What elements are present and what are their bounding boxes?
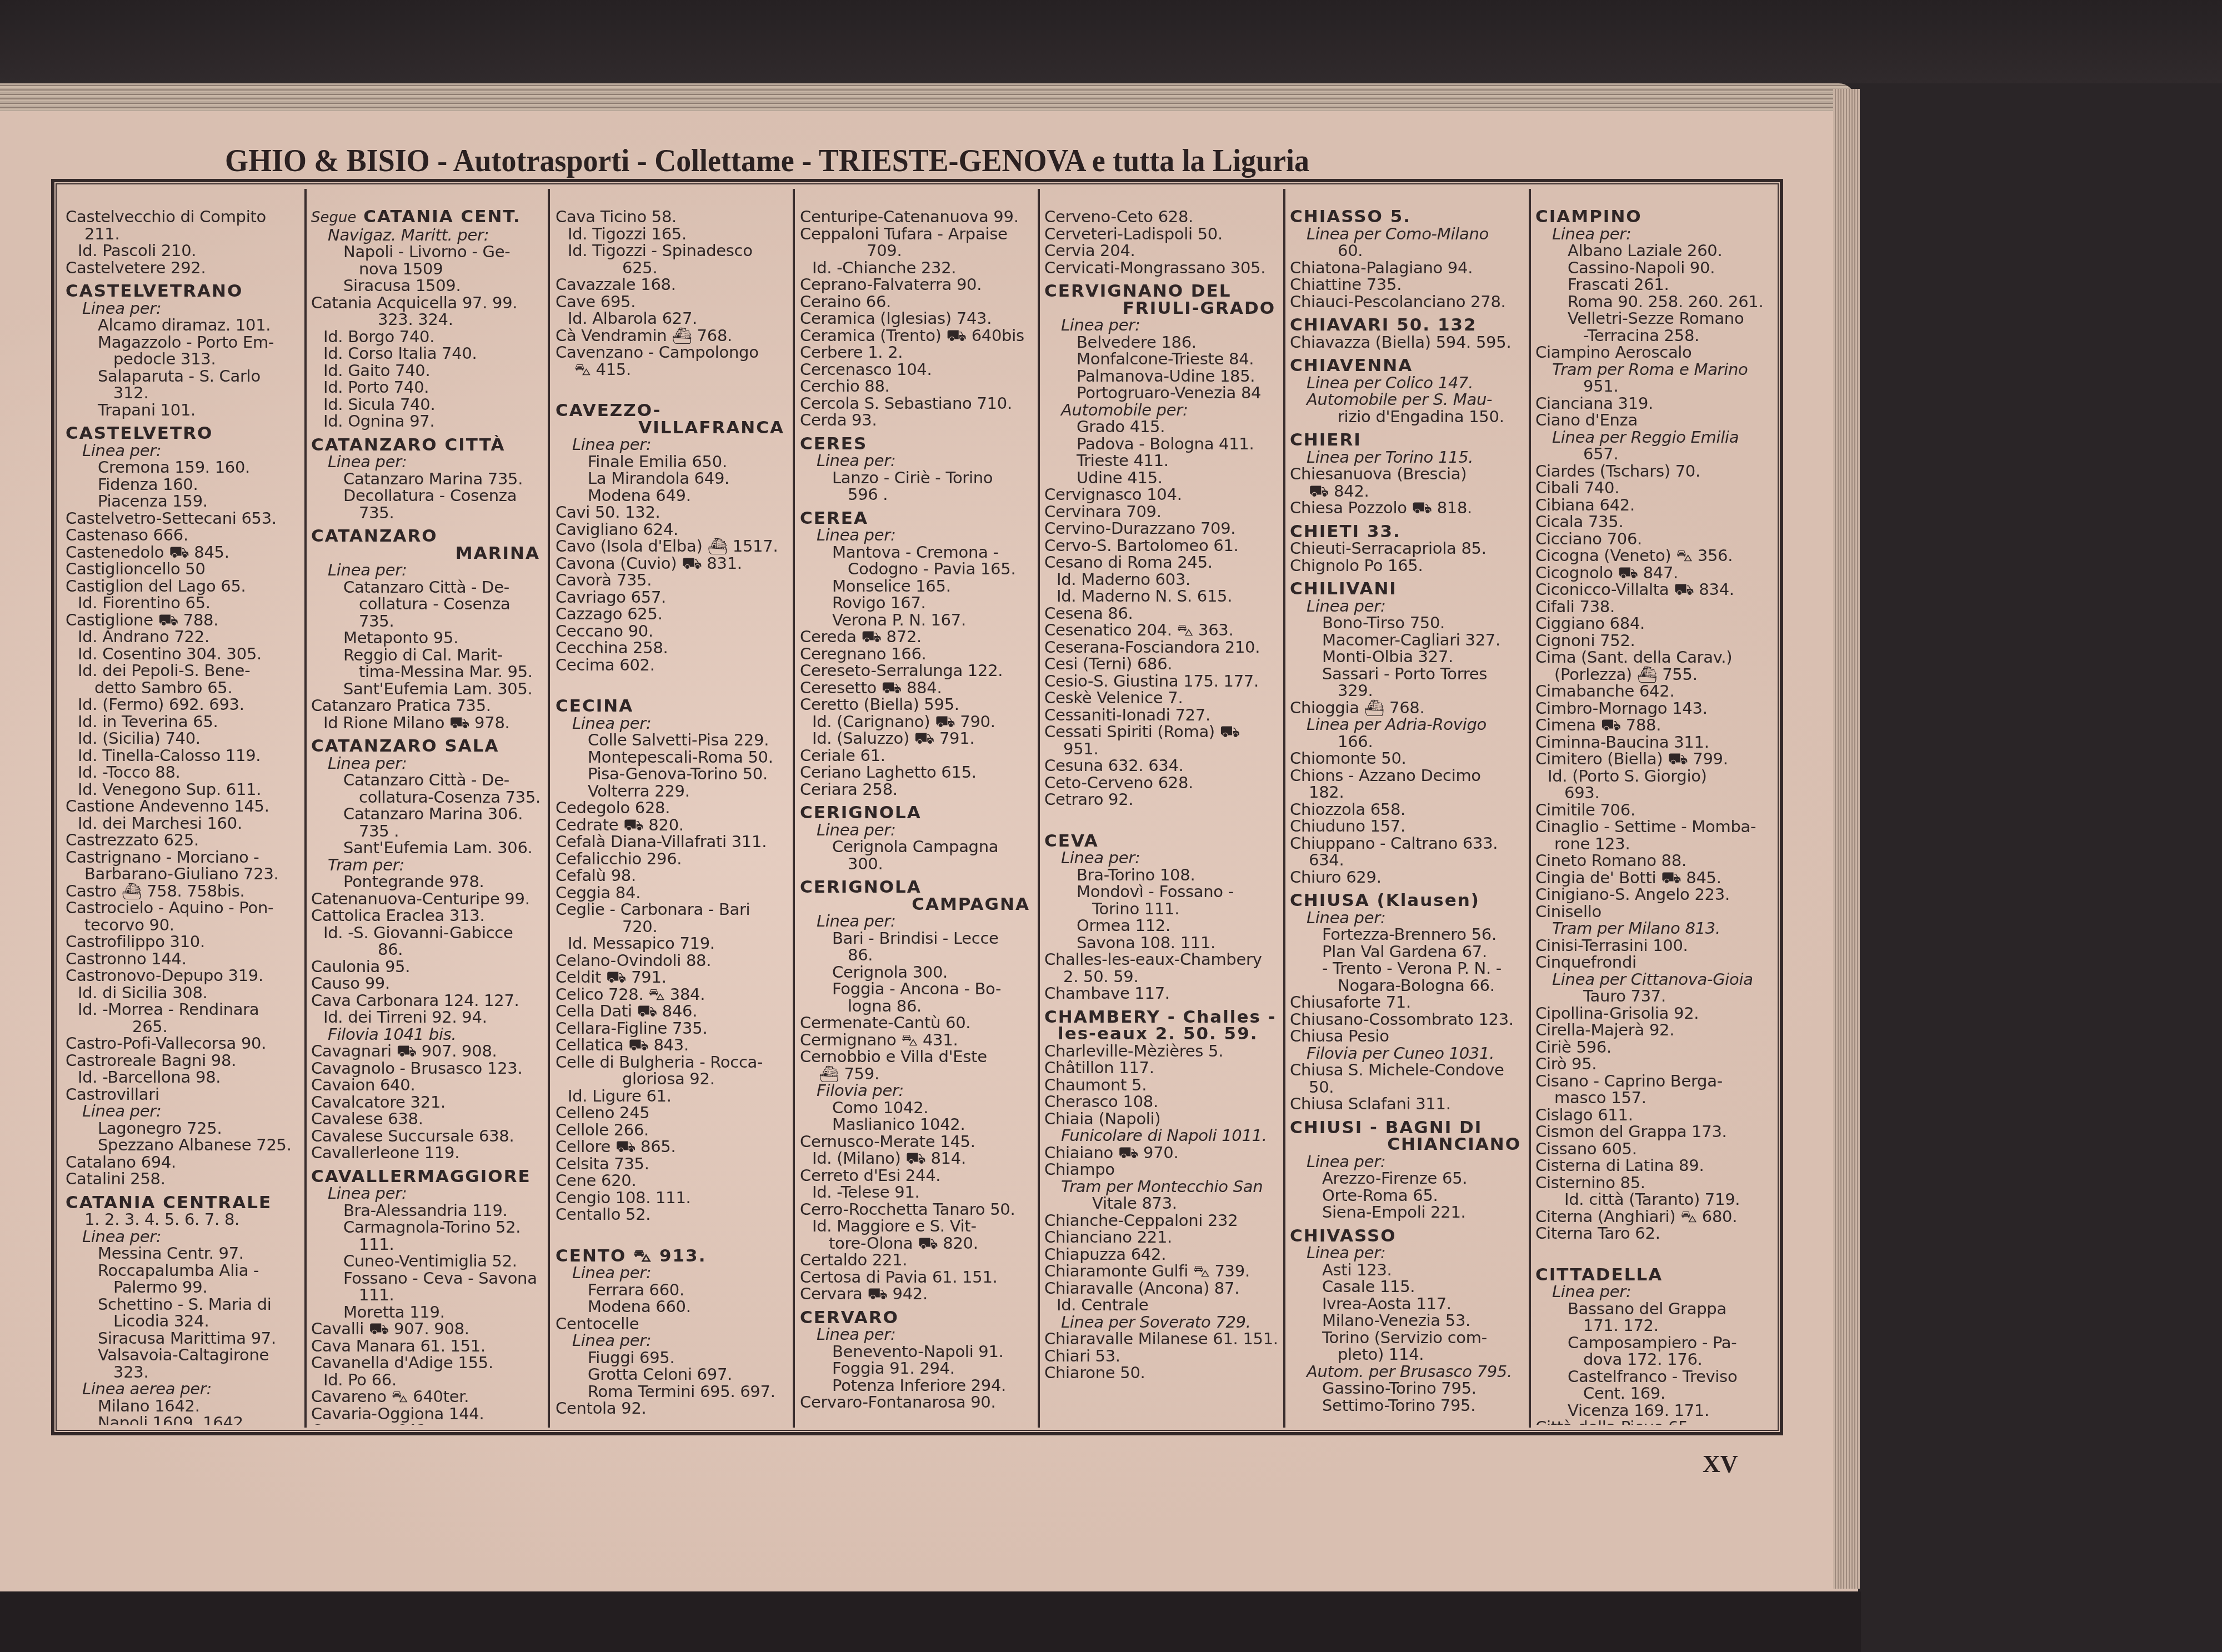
index-entry: Cavriago 657. — [555, 589, 790, 606]
index-entry: Cuneo-Ventimiglia 52. — [311, 1253, 546, 1270]
entry-text: Ceriale 61. — [800, 746, 885, 765]
index-entry: Cremona 159. 160. — [66, 459, 302, 476]
index-entry: Lanzo - Ciriè - Torino — [800, 469, 1035, 487]
index-entry: Cattolica Eraclea 313. — [311, 907, 546, 924]
index-entry: Id. (Carignano) ⛟ 790. — [800, 713, 1035, 730]
entry-text: Ceprano-Falvaterra 90. — [800, 275, 982, 294]
entry-text: Linea per Cittanova-Gioia — [1552, 970, 1753, 989]
index-entry: Cavallerleone 119. — [311, 1144, 546, 1162]
index-entry: Barbarano-Giuliano 723. — [66, 865, 302, 883]
entry-text: Celico 728. ⛍ 384. — [555, 985, 705, 1004]
entry-text: Automobile per: — [1061, 401, 1188, 419]
entry-text: Arezzo-Firenze 65. — [1322, 1169, 1467, 1188]
index-entry: Cavanella d'Adige 155. — [311, 1354, 546, 1371]
entry-text: Id. Gaito 740. — [323, 361, 430, 380]
index-entry: Bra-Torino 108. — [1044, 867, 1281, 884]
index-entry: Cessaniti-Ionadi 727. — [1044, 707, 1281, 724]
index-entry: Ceriale 61. — [800, 747, 1035, 764]
entry-text: Linea per Soverato 729. — [1061, 1313, 1251, 1331]
entry-text: Catanzaro Città - De- — [343, 578, 509, 597]
index-entry: Id. -S. Giovanni-Gabicce — [311, 924, 546, 942]
entry-text: Colle Salvetti-Pisa 229. — [588, 730, 769, 749]
line-type-label: Navigaz. Maritt. per: — [311, 227, 546, 244]
entry-text: Cavaion 640. — [311, 1075, 415, 1094]
index-entry: nova 1509 — [311, 261, 546, 278]
entry-text: Id. Borgo 740. — [323, 327, 434, 346]
index-entry: Celdit ⛟ 791. — [555, 969, 790, 986]
entry-text: Cipollina-Grisolia 92. — [1535, 1004, 1699, 1023]
entry-text: Celdit ⛟ 791. — [555, 968, 667, 987]
index-entry: Cavalli ⛟ 907. 908. — [311, 1320, 546, 1338]
index-entry: Siracusa 1509. — [311, 277, 546, 294]
index-entry: 735. — [311, 504, 546, 522]
index-entry: Padova - Bologna 411. — [1044, 435, 1281, 453]
entry-text: Cerbere 1. 2. — [800, 343, 903, 362]
entry-text: Id. (Carignano) ⛟ 790. — [812, 712, 995, 731]
section-heading: Segue CATANIA CENT. — [311, 208, 546, 227]
entry-text: 211. — [84, 224, 119, 243]
index-entry: Modena 660. — [555, 1298, 790, 1315]
index-entry: tima-Messina Mar. 95. — [311, 663, 546, 680]
entry-text: Linea per: — [1307, 908, 1385, 927]
section-heading: CATANIA CENTRALE — [66, 1194, 302, 1212]
entry-text: Portogruaro-Venezia 84 — [1077, 383, 1261, 402]
index-entry: Metaponto 95. — [311, 629, 546, 647]
entry-text: Linea per Reggio Emilia — [1552, 428, 1739, 447]
entry-text: 312. — [113, 383, 148, 402]
entry-text: Linea per Adria-Rovigo — [1307, 715, 1487, 734]
section-heading: CERVARO — [800, 1309, 1035, 1326]
entry-text: Pontegrande 978. — [343, 872, 484, 891]
entry-text: Fiuggi 695. — [588, 1348, 674, 1367]
entry-text: Castiglioncello 50 — [66, 559, 206, 578]
index-entry: Monselice 165. — [800, 578, 1035, 595]
index-entry: Ciano d'Enza — [1535, 412, 1780, 429]
index-entry: Cavarzere 643. — [311, 1422, 546, 1425]
entry-text: tecorvo 90. — [84, 915, 174, 934]
entry-text: Cava Carbonara 124. 127. — [311, 991, 519, 1010]
entry-text: Cervinara 709. — [1044, 502, 1162, 521]
entry-text: Napoli - Livorno - Ge- — [343, 242, 510, 261]
index-entry: Id. Ognina 97. — [311, 413, 546, 430]
index-entry: Id. Sicula 740. — [311, 396, 546, 413]
index-entry: Castelfranco - Treviso — [1535, 1368, 1780, 1385]
index-entry: Cefalicchio 296. — [555, 850, 790, 868]
line-type-label: Tram per: — [311, 857, 546, 874]
entry-text: Id. dei Marchesi 160. — [78, 814, 242, 833]
index-entry: Mondovì - Fossano - — [1044, 883, 1281, 900]
entry-text: Cella Dati ⛟ 846. — [555, 1002, 697, 1020]
index-entry: tecorvo 90. — [66, 917, 302, 934]
index-entry: Modena 649. — [555, 487, 790, 504]
index-entry: Id. Messapico 719. — [555, 935, 790, 952]
index-entry: Id. (Sicilia) 740. — [66, 730, 302, 747]
index-entry: Reggio di Cal. Marit- — [311, 647, 546, 664]
index-entry: Trieste 411. — [1044, 452, 1281, 469]
entry-text: CAMPAGNA — [912, 894, 1030, 914]
entry-text: 951. — [1063, 739, 1098, 758]
entry-text: Linea per: — [817, 451, 895, 470]
index-entry: ⛍ 415. — [555, 361, 790, 378]
entry-text: Cinquefrondi — [1535, 953, 1637, 972]
index-entry: Id. Borgo 740. — [311, 328, 546, 346]
entry-text: 951. — [1583, 377, 1618, 396]
line-type-label: Linea per Reggio Emilia — [1535, 429, 1780, 446]
index-entry: Chiozzola 658. — [1290, 801, 1527, 818]
line-type-label: Linea per: — [1290, 1244, 1527, 1261]
index-entry: Ceppaloni Tufara - Arpaise — [800, 226, 1035, 243]
entry-text: Chiusa S. Michele-Condove — [1290, 1060, 1504, 1079]
entry-text: Cave 695. — [555, 292, 635, 311]
index-entry: Challes-les-eaux-Chambery — [1044, 951, 1281, 968]
index-entry: Cibiana 642. — [1535, 497, 1780, 514]
index-entry: Ciriè 596. — [1535, 1039, 1780, 1056]
index-entry: (Porlezza) ⛴ 755. — [1535, 666, 1780, 683]
index-entry: Centallo 52. — [555, 1206, 790, 1223]
entry-text: 171. 172. — [1583, 1316, 1659, 1335]
section-heading: CEVA — [1044, 833, 1281, 850]
index-entry: Cesuna 632. 634. — [1044, 757, 1281, 774]
index-entry: Certosa di Pavia 61. 151. — [800, 1269, 1035, 1286]
index-entry: 86. — [800, 947, 1035, 964]
entry-text: Bono-Tirso 750. — [1322, 613, 1445, 632]
entry-text: CERIGNOLA — [800, 877, 922, 897]
entry-text: Roma Termini 695. 697. — [588, 1382, 775, 1401]
entry-text: Cellara-Figline 735. — [555, 1019, 707, 1038]
index-entry: Cavo (Isola d'Elba) ⛴ 1517. — [555, 538, 790, 555]
entry-text: Chiuro 629. — [1290, 868, 1382, 887]
entry-text: Cercola S. Sebastiano 710. — [800, 394, 1012, 413]
line-type-label: Linea per: — [1044, 317, 1281, 334]
entry-text: Catanzaro Pratica 735. — [311, 696, 491, 715]
entry-text: Roma 90. 258. 260. 261. — [1568, 292, 1763, 311]
index-entry: Piacenza 159. — [66, 493, 302, 510]
entry-text: Bra-Alessandria 119. — [343, 1201, 507, 1220]
entry-text: Cazzago 625. — [555, 604, 663, 623]
index-entry: Id. Tigozzi - Spinadesco — [555, 242, 790, 259]
entry-text: Ceggia 84. — [555, 883, 640, 902]
index-entry: Cazzago 625. — [555, 605, 790, 623]
entry-text: Id. -Tocco 88. — [78, 763, 181, 782]
section-heading: CAVALLERMAGGIORE — [311, 1168, 546, 1185]
index-entry: Monfalcone-Trieste 84. — [1044, 351, 1281, 368]
line-type-label: Automobile per: — [1044, 402, 1281, 419]
index-entry: Cercenasco 104. — [800, 361, 1035, 378]
line-type-label: Linea per: — [1290, 1153, 1527, 1170]
index-entry: rizio d'Engadina 150. — [1290, 408, 1527, 425]
index-entry: Carmagnola-Torino 52. — [311, 1219, 546, 1236]
entry-text: Chiuppano - Caltrano 633. — [1290, 834, 1498, 853]
index-entry: Ceresetto ⛟ 884. — [800, 679, 1035, 697]
index-entry: - Trento - Verona P. N. - — [1290, 960, 1527, 977]
entry-text: Ciconicco-Villalta ⛟ 834. — [1535, 580, 1734, 599]
entry-text: Siracusa 1509. — [343, 276, 461, 295]
line-type-label: Linea per: — [555, 1332, 790, 1349]
index-entry: Fortezza-Brennero 56. — [1290, 926, 1527, 943]
entry-text: 596 . — [848, 485, 888, 504]
index-entry: Cingia de' Botti ⛟ 845. — [1535, 869, 1780, 887]
entry-text: Cervo-S. Bartolomeo 61. — [1044, 536, 1239, 555]
entry-text: Castronno 144. — [66, 949, 187, 968]
index-entry: Celleno 245 — [555, 1104, 790, 1122]
index-entry: Cisterna di Latina 89. — [1535, 1157, 1780, 1174]
index-entry: Cirò 95. — [1535, 1055, 1780, 1073]
index-entry: masco 157. — [1535, 1089, 1780, 1107]
index-entry: 693. — [1535, 784, 1780, 802]
entry-text: Cesio-S. Giustina 175. 177. — [1044, 672, 1259, 690]
entry-text: Spezzano Albanese 725. — [98, 1135, 292, 1154]
index-entry: Id. Centrale — [1044, 1296, 1281, 1314]
line-type-label: Automobile per S. Mau- — [1290, 391, 1527, 408]
section-heading: CITTADELLA — [1535, 1266, 1780, 1284]
index-entry: Celano-Ovindoli 88. — [555, 952, 790, 969]
entry-text: Catalini 258. — [66, 1169, 166, 1188]
index-entry: collatura-Cosenza 735. — [311, 789, 546, 806]
entry-text: Id. (Fermo) 692. 693. — [78, 695, 244, 714]
index-column-5: Cerveno-Ceto 628.Cerveteri-Ladispoli 50.… — [1044, 208, 1281, 1425]
entry-text: CATANZARO — [311, 526, 438, 546]
entry-text: ⛟ 842. — [1309, 482, 1369, 500]
index-entry: Chiaiano ⛟ 970. — [1044, 1144, 1281, 1162]
entry-text: Cermenate-Cantù 60. — [800, 1013, 970, 1032]
index-entry: ⛟ 842. — [1290, 483, 1527, 500]
index-entry: Spezzano Albanese 725. — [66, 1137, 302, 1154]
entry-text: Como 1042. — [832, 1098, 928, 1117]
index-entry: 709. — [800, 242, 1035, 259]
entry-text: Chignolo Po 165. — [1290, 556, 1423, 575]
entry-text: Id. (Saluzzo) ⛟ 791. — [812, 729, 974, 748]
entry-text: Bra-Torino 108. — [1077, 865, 1195, 884]
index-entry: Cima (Sant. della Carav.) — [1535, 649, 1780, 666]
index-entry: Cengio 108. 111. — [555, 1189, 790, 1207]
index-entry: -Terracina 258. — [1535, 327, 1780, 344]
entry-text: Castiglione ⛟ 788. — [66, 610, 218, 629]
index-entry: Cene 620. — [555, 1172, 790, 1189]
index-entry: Cervia 204. — [1044, 242, 1281, 259]
index-entry: Centola 92. — [555, 1400, 790, 1417]
entry-text: Lagonegro 725. — [98, 1119, 222, 1138]
entry-text: Tram per Milano 813. — [1552, 919, 1720, 938]
index-entry: Id. Corso Italia 740. — [311, 345, 546, 362]
entry-text: Alcamo diramaz. 101. — [98, 316, 271, 334]
entry-text: Cavareno ⛍ 640ter. — [311, 1387, 469, 1406]
entry-text: Mantova - Cremona - — [832, 543, 999, 562]
index-entry: Benevento-Napoli 91. — [800, 1343, 1035, 1360]
index-entry: Camposampiero - Pa- — [1535, 1334, 1780, 1351]
entry-text: Linea per: — [328, 560, 407, 579]
entry-text: Cignoni 752. — [1535, 631, 1635, 650]
entry-text: Gassino-Torino 795. — [1322, 1379, 1477, 1398]
index-entry: Cerda 93. — [800, 412, 1035, 429]
entry-text: Linea per: — [328, 452, 407, 471]
entry-text: Ceramica (Iglesias) 743. — [800, 309, 992, 328]
index-entry: Rovigo 167. — [800, 594, 1035, 612]
line-type-label: Linea per: — [555, 436, 790, 453]
index-entry: Ceprano-Falvaterra 90. — [800, 276, 1035, 293]
index-entry: Verona P. N. 167. — [800, 612, 1035, 629]
line-type-label: Linea per Soverato 729. — [1044, 1314, 1281, 1331]
entry-text: Id. -S. Giovanni-Gabicce — [323, 923, 513, 942]
index-entry: Chiesanuova (Brescia) — [1290, 465, 1527, 483]
index-entry: 300. — [800, 855, 1035, 873]
entry-text: La Mirandola 649. — [588, 469, 729, 488]
entry-text: Linea per Torino 115. — [1307, 448, 1473, 467]
entry-text: Cecchina 258. — [555, 638, 668, 657]
entry-text: Ceramica (Trento) ⛟ 640bis — [800, 326, 1024, 345]
index-entry: Id. Pascoli 210. — [66, 242, 302, 259]
entry-text: Cavigliano 624. — [555, 520, 678, 539]
entry-text: Ceregnano 166. — [800, 644, 927, 663]
index-entry: Id. (Saluzzo) ⛟ 791. — [800, 730, 1035, 747]
entry-text: Cinisello — [1535, 902, 1602, 921]
index-entry: Cavigliano 624. — [555, 521, 790, 538]
entry-text: Codogno - Pavia 165. — [848, 559, 1015, 578]
index-entry: Chiusaforte 71. — [1290, 994, 1527, 1011]
index-entry: Ormea 112. — [1044, 917, 1281, 934]
entry-text: Monti-Olbia 327. — [1322, 647, 1453, 666]
index-entry: Casale 115. — [1290, 1278, 1527, 1295]
entry-text: rone 123. — [1554, 834, 1630, 853]
entry-text: Rovigo 167. — [832, 593, 925, 612]
entry-text: Id. città (Taranto) 719. — [1564, 1190, 1740, 1209]
index-entry: Chiattine 735. — [1290, 276, 1527, 293]
entry-text: Chioggia ⛴ 768. — [1290, 698, 1424, 717]
entry-text: Cerchio 88. — [800, 377, 890, 396]
index-entry: Causo 99. — [311, 975, 546, 992]
index-entry: Cava Manara 61. 151. — [311, 1338, 546, 1355]
entry-text: Plan Val Gardena 67. — [1322, 942, 1487, 961]
entry-text: Metaponto 95. — [343, 628, 458, 647]
index-entry: Cislago 611. — [1535, 1107, 1780, 1124]
index-entry: Castro-Pofi-Vallecorsa 90. — [66, 1035, 302, 1052]
index-entry: Id. Tigozzi 165. — [555, 226, 790, 243]
entry-text: Id. Messapico 719. — [568, 934, 715, 953]
entry-text: Foggia 91. 294. — [832, 1359, 955, 1378]
entry-text: CATANIA CENT. — [363, 208, 521, 227]
entry-text: Cesano di Roma 245. — [1044, 553, 1213, 572]
index-entry: 735 . — [311, 823, 546, 840]
index-entry: Castrignano - Morciano - — [66, 849, 302, 866]
index-entry: 312. — [66, 384, 302, 402]
index-entry: Cicognolo ⛟ 847. — [1535, 564, 1780, 582]
index-entry: Ceccano 90. — [555, 623, 790, 640]
entry-text: Centuripe-Catenanuova 99. — [800, 208, 1019, 226]
entry-text: Belvedere 186. — [1077, 333, 1197, 352]
index-entry: Fossano - Ceva - Savona — [311, 1270, 546, 1287]
index-entry: Cerchio 88. — [800, 378, 1035, 395]
entry-text: Castroreale Bagni 98. — [66, 1051, 236, 1070]
index-entry: Catanzaro Pratica 735. — [311, 697, 546, 714]
entry-text: Ceretto (Biella) 595. — [800, 695, 959, 714]
entry-text: (Porlezza) ⛴ 755. — [1554, 665, 1698, 684]
index-entry: Centocelle — [555, 1315, 790, 1333]
entry-text: Cellatica ⛟ 843. — [555, 1035, 689, 1054]
index-entry: Catania Acquicella 97. 99. — [311, 294, 546, 312]
entry-text: 625. — [622, 258, 657, 277]
index-entry: Cinisello — [1535, 903, 1780, 920]
index-entry: Arezzo-Firenze 65. — [1290, 1170, 1527, 1187]
entry-text: 735. — [359, 612, 394, 630]
entry-text: Cerignola Campagna — [832, 837, 998, 856]
entry-text: Id. Ligure 61. — [568, 1087, 672, 1105]
index-entry: Magazzolo - Porto Em- — [66, 334, 302, 351]
entry-text: collatura-Cosenza 735. — [359, 788, 541, 807]
entry-text: Chiatona-Palagiano 94. — [1290, 258, 1473, 277]
section-heading: CAVEZZO- — [555, 402, 790, 419]
line-type-label: Linea per: — [1290, 598, 1527, 615]
entry-text: 735. — [359, 503, 394, 522]
column-divider — [548, 189, 550, 1428]
index-entry: Caulonia 95. — [311, 958, 546, 975]
section-heading: CHIETI 33. — [1290, 523, 1527, 540]
index-entry: 211. — [66, 226, 302, 243]
index-entry: Cercola S. Sebastiano 710. — [800, 395, 1035, 412]
entry-text: Ivrea-Aosta 117. — [1322, 1294, 1452, 1313]
index-entry: Asti 123. — [1290, 1261, 1527, 1279]
entry-text: Roccapalumba Alia - — [98, 1261, 259, 1280]
index-entry: Schettino - S. Maria di — [66, 1296, 302, 1313]
entry-text: Cinaglio - Settime - Momba- — [1535, 817, 1756, 836]
entry-text: Id. di Sicilia 308. — [78, 983, 208, 1002]
dark-background-top — [0, 0, 2222, 83]
index-entry: Cicciano 706. — [1535, 530, 1780, 548]
entry-text: Filovia 1041 bis. — [328, 1025, 456, 1044]
entry-text: Cissano 605. — [1535, 1139, 1637, 1158]
entry-text: Linea per: — [1307, 1152, 1385, 1171]
entry-text: Chiaravalle Milanese 61. 151. — [1044, 1329, 1278, 1348]
index-entry: Castione Andevenno 145. — [66, 798, 302, 815]
index-entry: Cifali 738. — [1535, 598, 1780, 615]
index-entry: Celico 728. ⛍ 384. — [555, 986, 790, 1003]
entry-text: 1. 2. 3. 4. 5. 6. 7. 8. — [84, 1210, 239, 1229]
entry-text: Ciriè 596. — [1535, 1038, 1612, 1057]
entry-text: Palmanova-Udine 185. — [1077, 367, 1255, 386]
line-type-label: Linea per Como-Milano — [1290, 226, 1527, 243]
index-entry: Chiusa Sclafani 311. — [1290, 1095, 1527, 1113]
entry-text: 323. — [113, 1363, 148, 1381]
entry-text: Cesi (Terni) 686. — [1044, 654, 1172, 673]
entry-text: Chiusa Pesio — [1290, 1027, 1389, 1045]
index-entry: Castelvetere 292. — [66, 259, 302, 277]
index-entry: Ferrara 660. — [555, 1281, 790, 1299]
entry-text: Cavarzere 643. — [311, 1421, 432, 1425]
entry-text: ⛍ 415. — [574, 360, 631, 379]
index-entry: Portogruaro-Venezia 84 — [1044, 384, 1281, 402]
index-entry: Decollatura - Cosenza — [311, 487, 546, 504]
index-entry: 182. — [1290, 784, 1527, 801]
index-entry: La Mirandola 649. — [555, 470, 790, 487]
entry-text: Castrofilippo 310. — [66, 932, 205, 951]
index-entry: Napoli 1609. 1642. — [66, 1414, 302, 1425]
line-type-label: Linea per: — [800, 527, 1035, 544]
entry-text: Cavi 50. 132. — [555, 503, 660, 522]
entry-text: Cavazzale 168. — [555, 275, 676, 294]
entry-text: Cibali 740. — [1535, 478, 1619, 497]
entry-text: Ciampino Aeroscalo — [1535, 343, 1692, 362]
index-entry: Cesio-S. Giustina 175. 177. — [1044, 673, 1281, 690]
index-entry: Cinigiano-S. Angelo 223. — [1535, 886, 1780, 903]
index-entry: Palermo 99. — [66, 1279, 302, 1296]
continued-label: Segue — [311, 209, 356, 226]
index-entry: tore-Olona ⛟ 820. — [800, 1235, 1035, 1252]
column-divider — [304, 189, 307, 1428]
line-type-label: Tram per Milano 813. — [1535, 920, 1780, 937]
index-entry: Torino (Servizio com- — [1290, 1329, 1527, 1346]
index-column-3: Cava Ticino 58.Id. Tigozzi 165.Id. Tigoz… — [555, 208, 790, 1425]
index-entry: Cerreto d'Esi 244. — [800, 1167, 1035, 1184]
index-entry: Chiaia (Napoli) — [1044, 1110, 1281, 1128]
entry-text: tore-Olona ⛟ 820. — [829, 1234, 978, 1253]
